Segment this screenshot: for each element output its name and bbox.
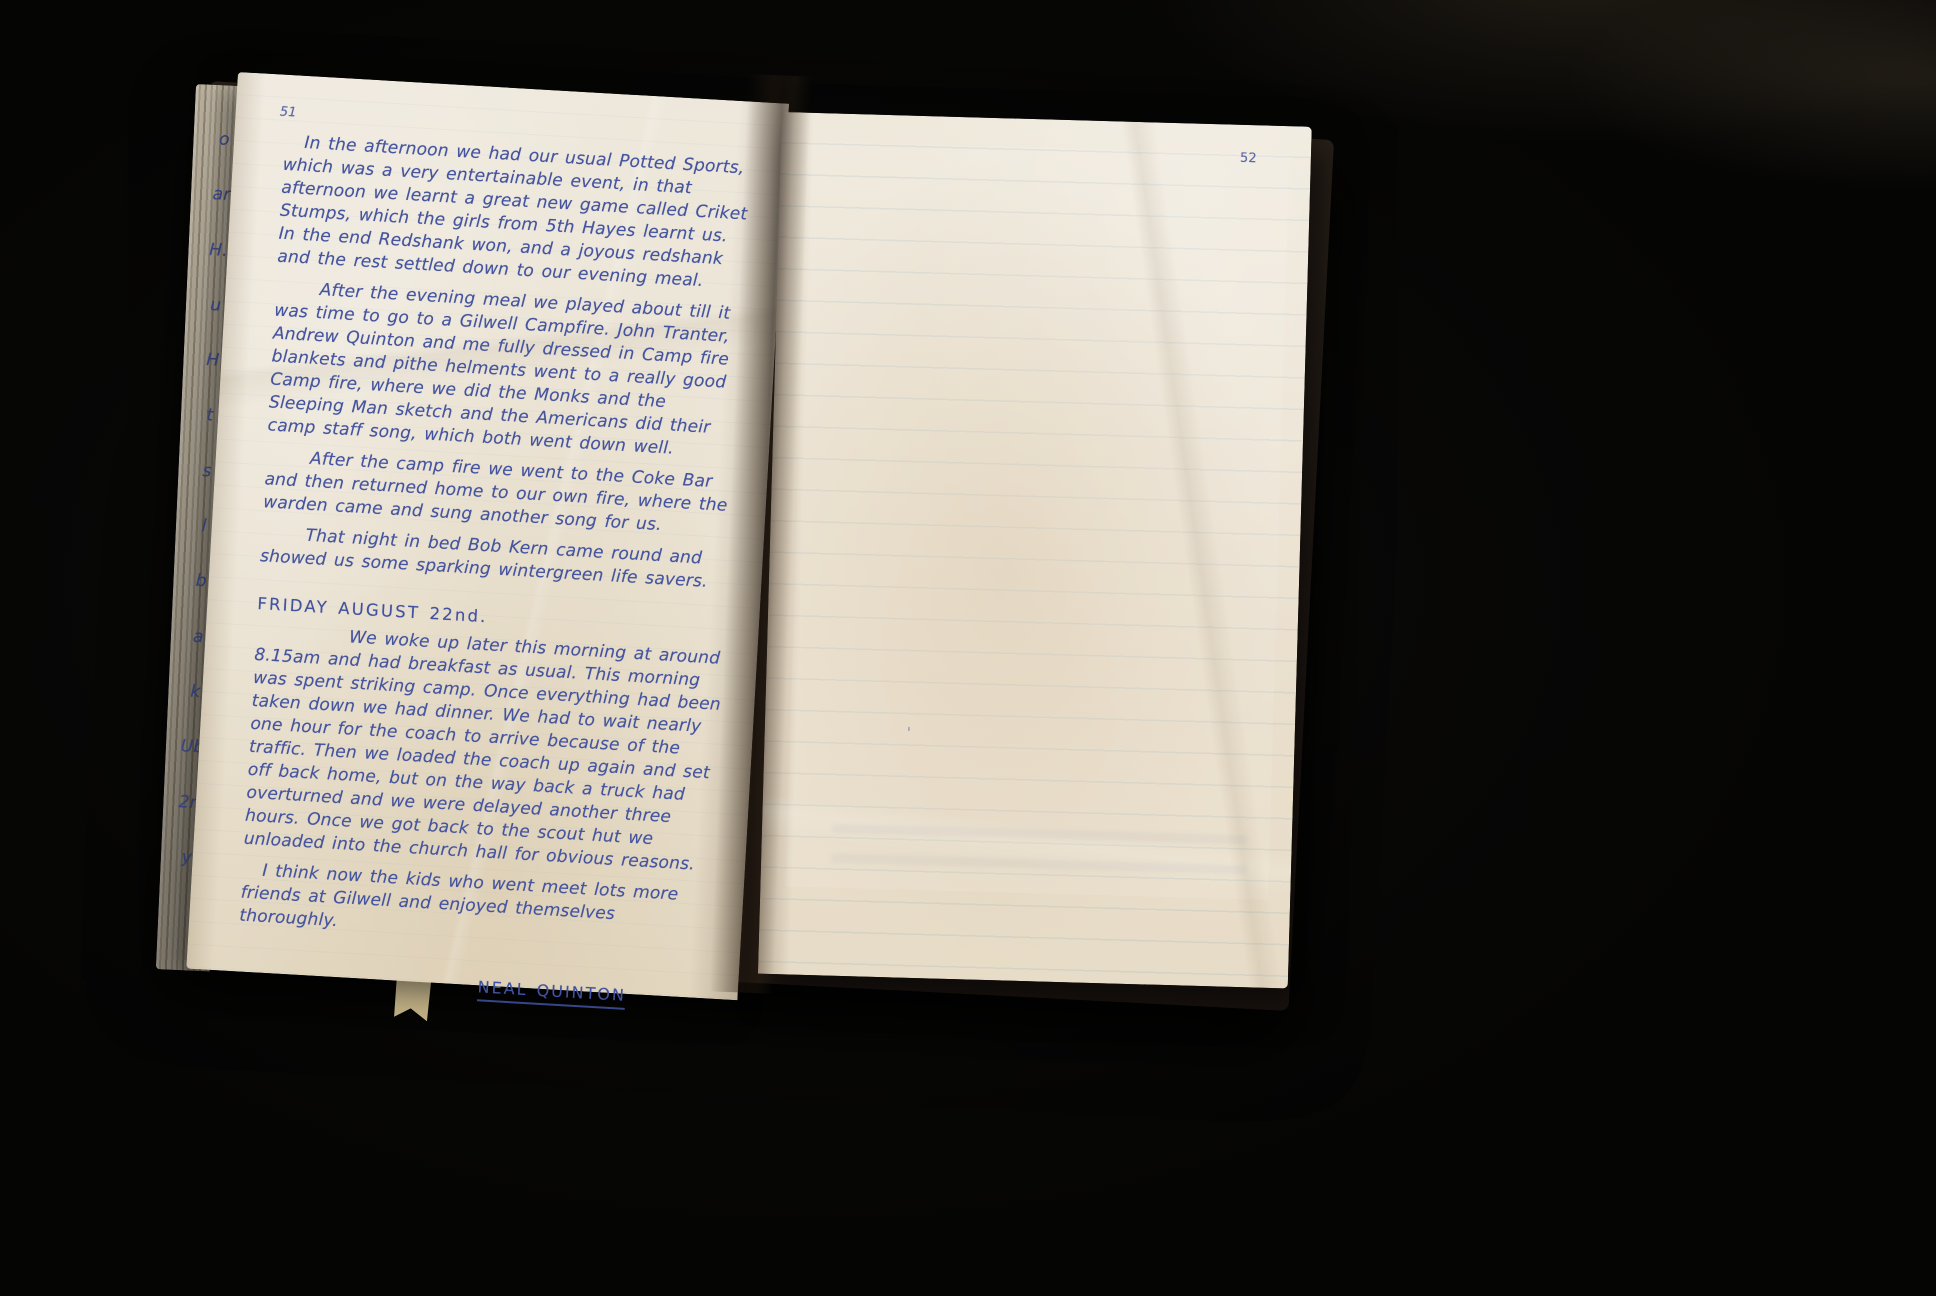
edge-fragment: o: [218, 128, 230, 152]
edge-fragment: l: [201, 515, 207, 538]
stray-pen-mark: ': [906, 724, 911, 742]
diary-left-page: 51 In the afternoon we had our usual Pot…: [186, 72, 789, 1000]
diary-right-page: 52 ': [758, 112, 1312, 988]
diary-entry-text: In the afternoon we had our usual Potted…: [235, 131, 754, 1015]
diary-paragraph: We woke up later this morning at around …: [243, 621, 725, 878]
page-number-left: 51: [279, 100, 297, 124]
edge-fragment: H.: [209, 239, 229, 263]
edge-fragment: u: [210, 294, 222, 318]
diary-paragraph: In the afternoon we had our usual Potted…: [277, 131, 754, 296]
edge-fragment: ar: [212, 183, 231, 207]
notebook-photo: o ar H. u H t s l b a k Ub 2n y 51 In th…: [0, 0, 1936, 1296]
edge-fragment: s: [202, 460, 212, 483]
edge-fragment: t: [206, 405, 214, 428]
edge-fragment: a: [192, 625, 204, 649]
edge-fragment: H: [206, 349, 220, 373]
edge-fragment: k: [190, 681, 201, 704]
diary-paragraph: After the evening meal we played about t…: [267, 277, 745, 465]
edge-fragment: b: [195, 570, 207, 594]
signature: NEAL QUINTON: [477, 975, 627, 1009]
edge-fragment: y: [181, 846, 192, 870]
ruled-area: [786, 141, 1289, 900]
page-number-right: 52: [1240, 147, 1258, 170]
signature-row: NEAL QUINTON: [235, 961, 706, 1014]
